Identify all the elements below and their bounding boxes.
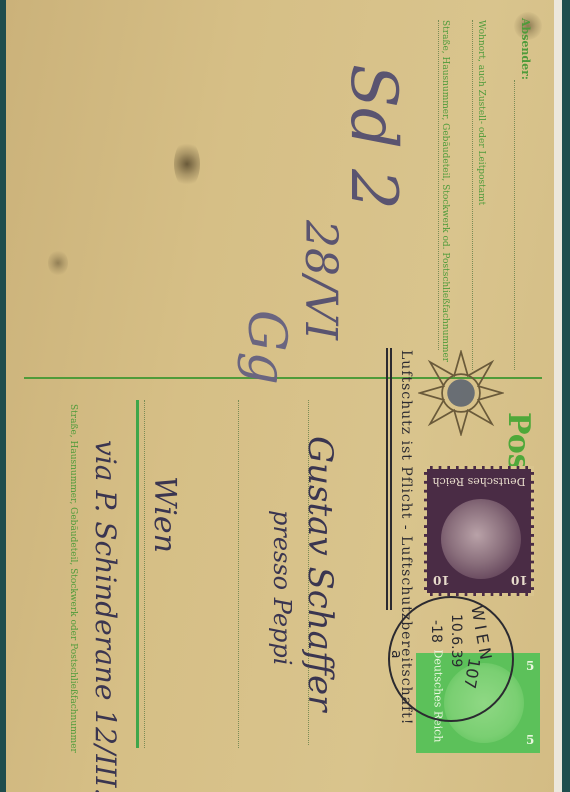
- stamp-10: Deutsches Reich 10 10: [424, 466, 534, 596]
- sender-line2-dotted: [438, 20, 439, 350]
- stamp-10-value: 10: [433, 573, 450, 587]
- sender-line2-label: Straße, Hausnummer, Gebäudeteil, Stockwe…: [440, 20, 450, 362]
- handwritten-note-1: Sd 2: [336, 64, 410, 210]
- recipient-footer-label: Straße, Hausnummer, Gebäudeteil, Stockwe…: [68, 404, 78, 753]
- address-dotted-2: [238, 400, 239, 748]
- stain: [174, 140, 200, 188]
- postmark-date: 10.6.39: [448, 614, 464, 667]
- handwritten-recipient-sub: presso Peppi: [268, 510, 296, 665]
- handwritten-recipient-street: via P. Schinderane 12/III.: [89, 440, 122, 792]
- handwritten-note-2: 28/VI: [295, 220, 346, 340]
- sender-label: Absender:: [519, 18, 532, 80]
- stamp-5-value: 5: [526, 733, 534, 747]
- card-edge: [554, 0, 562, 792]
- stamp-5-value: 5: [526, 659, 534, 673]
- stamp-10-value: 10: [511, 573, 528, 587]
- postmark-time: -18: [428, 620, 444, 643]
- sender-line1-dotted: [472, 20, 473, 370]
- address-bold-line: [136, 400, 139, 748]
- stamp-10-country: Deutsches Reich: [427, 475, 531, 488]
- handwritten-initial: Gg: [236, 310, 296, 385]
- cancel-bar: [390, 348, 392, 610]
- postcard: Absender: Wohnort, auch Zustell- oder Le…: [6, 0, 562, 792]
- stamp-10-portrait: [441, 499, 521, 579]
- stain: [48, 250, 68, 276]
- handwritten-recipient-city: Wien: [147, 476, 182, 553]
- sender-line1-label: Wohnort, auch Zustell- oder Leitpostamt: [476, 20, 486, 205]
- handwritten-recipient-name: Gustav Schaffer: [300, 436, 340, 711]
- postmark-letter: a: [388, 650, 404, 659]
- cancel-bar: [386, 348, 388, 610]
- star-badge-emblem-icon: [418, 350, 504, 436]
- address-dotted-1: [144, 400, 145, 748]
- sender-dotted-line: [514, 80, 515, 370]
